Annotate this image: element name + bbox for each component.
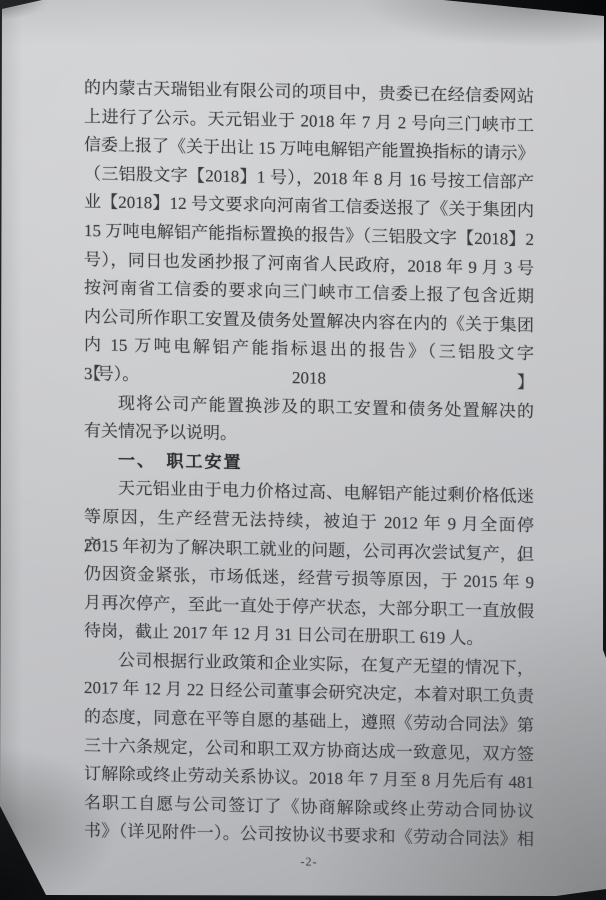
photo-background: 的内蒙古天瑞铝业有限公司的项目中，贵委已在经信委网站 上进行了公示。天元铝业于 … [0, 0, 606, 900]
document-page: 的内蒙古天瑞铝业有限公司的项目中，贵委已在经信委网站 上进行了公示。天元铝业于 … [0, 0, 606, 900]
document-text: 的内蒙古天瑞铝业有限公司的项目中，贵委已在经信委网站 上进行了公示。天元铝业于 … [84, 74, 534, 874]
